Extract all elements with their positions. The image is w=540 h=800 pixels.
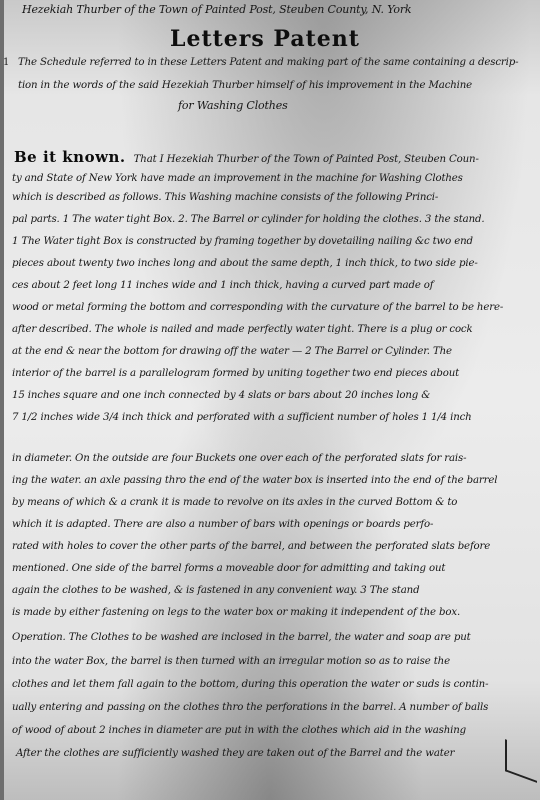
body-line-17: which it is adapted. There are also a nu… (12, 518, 433, 532)
body-line-3: which is described as follows. This Wash… (12, 191, 438, 205)
body-line-21: is made by either fastening on legs to t… (12, 606, 460, 620)
body-line-12: 15 inches square and one inch connected … (12, 389, 430, 403)
body-line-20: again the clothes to be washed, & is fas… (12, 584, 419, 598)
body-line-5: 1 The Water tight Box is constructed by … (12, 235, 473, 249)
body-line-9: after described. The whole is nailed and… (12, 323, 473, 337)
body-line-23: into the water Box, the barrel is then t… (12, 655, 450, 669)
body-line-8: wood or metal forming the bottom and cor… (12, 301, 503, 315)
body-line-19: mentioned. One side of the barrel forms … (12, 562, 445, 576)
body-line-13: 7 1/2 inches wide 3/4 inch thick and per… (12, 411, 472, 425)
margin-mark: 1 (3, 57, 9, 68)
page-corner-mark (505, 739, 537, 783)
intro-line-1: The Schedule referred to in these Letter… (18, 56, 518, 70)
body-line-25: ually entering and passing on the clothe… (12, 701, 488, 715)
patent-document-page: Hezekiah Thurber of the Town of Painted … (0, 0, 540, 800)
body-line-16: by means of which & a crank it is made t… (12, 496, 457, 510)
body-line-11: interior of the barrel is a parallelogra… (12, 367, 459, 381)
body-line-18: rated with holes to cover the other part… (12, 540, 490, 554)
body-line-1-text: That I Hezekiah Thurber of the Town of P… (134, 154, 479, 165)
body-line-14: in diameter. On the outside are four Buc… (12, 452, 466, 466)
body-line-27: After the clothes are sufficiently washe… (16, 747, 454, 761)
body-line-15: ing the water. an axle passing thro the … (12, 474, 497, 488)
document-subtitle: for Washing Clothes (178, 99, 288, 113)
body-line-1: Be it known.That I Hezekiah Thurber of t… (14, 150, 479, 167)
be-it-known-heading: Be it known. (14, 148, 126, 166)
body-line-6: pieces about twenty two inches long and … (12, 257, 478, 271)
intro-line-2: tion in the words of the said Hezekiah T… (18, 79, 472, 93)
body-line-7: ces about 2 feet long 11 inches wide and… (12, 279, 433, 293)
body-line-2: ty and State of New York have made an im… (12, 172, 463, 186)
scan-edge (0, 0, 4, 800)
document-title: Letters Patent (170, 26, 360, 52)
body-line-24: clothes and let them fall again to the b… (12, 678, 488, 692)
body-line-4: pal parts. 1 The water tight Box. 2. The… (12, 213, 484, 227)
body-line-26: of wood of about 2 inches in diameter ar… (12, 724, 466, 738)
body-line-22: Operation. The Clothes to be washed are … (12, 631, 471, 645)
document-header: Hezekiah Thurber of the Town of Painted … (22, 3, 411, 17)
body-line-10: at the end & near the bottom for drawing… (12, 345, 452, 359)
